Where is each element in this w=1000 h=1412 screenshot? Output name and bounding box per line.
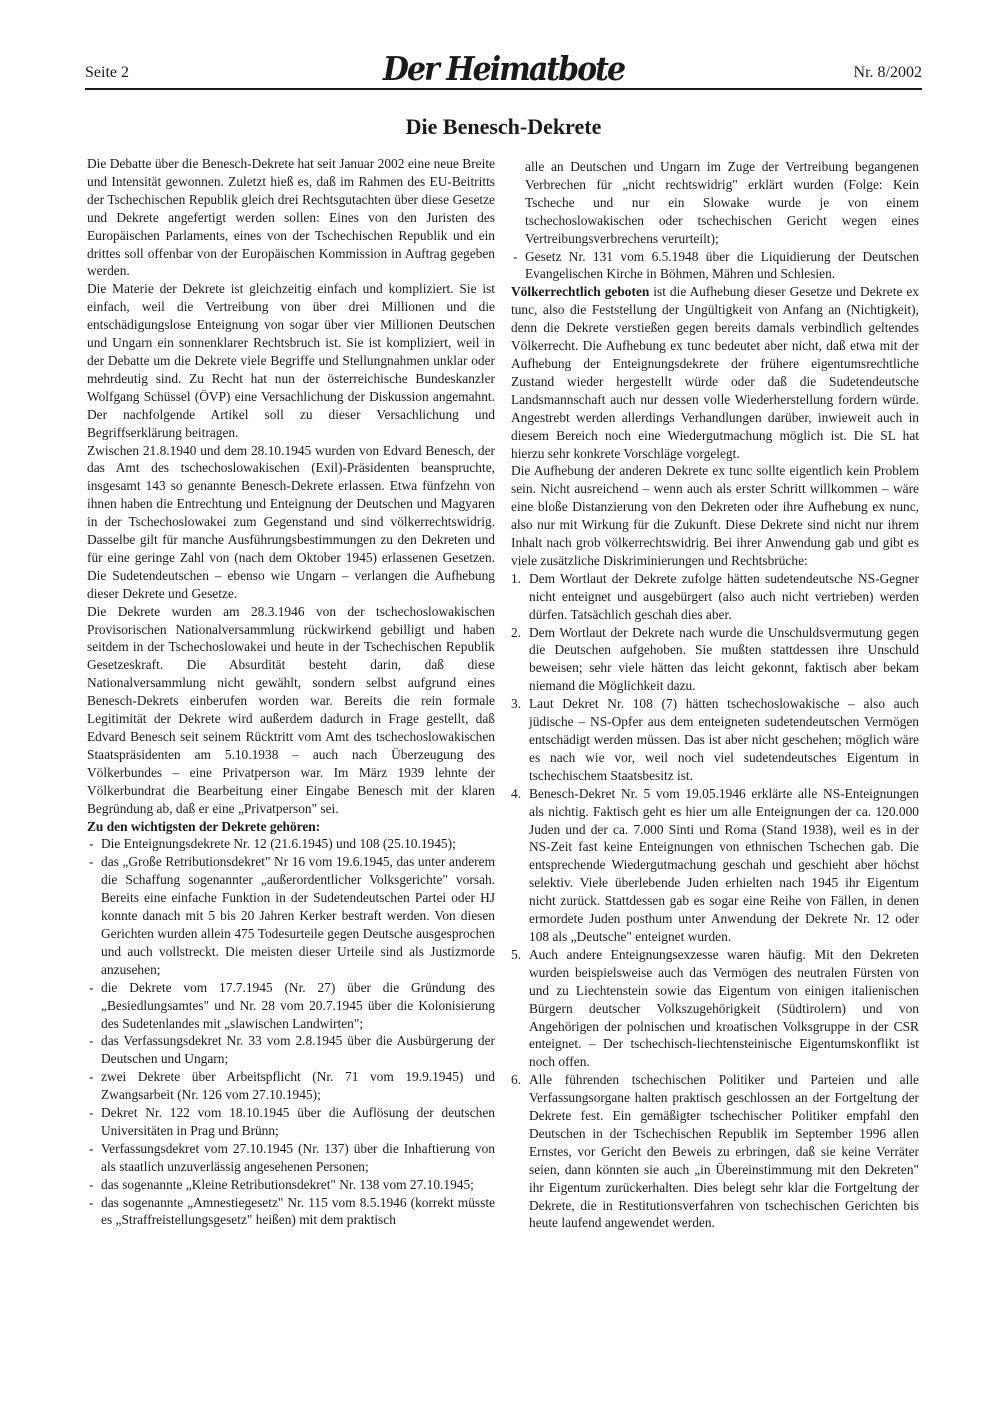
list-item: das „Große Retributionsdekret" Nr 16 vom… [87,853,495,978]
list-item: Gesetz Nr. 131 vom 6.5.1948 über die Liq… [511,248,919,284]
paragraph: Völkerrechtlich geboten ist die Aufhebun… [511,283,919,462]
page-header: Seite 2 Der Heimatbote Nr. 8/2002 [85,58,922,88]
list-item: Dekret Nr. 122 vom 18.10.1945 über die A… [87,1104,495,1140]
decree-list: Die Enteignungsdekrete Nr. 12 (21.6.1945… [87,835,495,1229]
right-column: alle an Deutschen und Ungarn im Zuge der… [511,158,919,1232]
paragraph: Die Aufhebung der anderen Dekrete ex tun… [511,462,919,569]
item-text: Alle führenden tschechischen Politiker u… [529,1072,919,1230]
numbered-item: 2.Dem Wortlaut der Dekrete nach wurde di… [511,624,919,696]
numbered-item: 3.Laut Dekret Nr. 108 (7) hätten tschech… [511,695,919,785]
item-text: Dem Wortlaut der Dekrete nach wurde die … [529,625,919,694]
masthead-logo: Der Heimatbote [85,50,922,89]
decree-list-continued: alle an Deutschen und Ungarn im Zuge der… [511,158,919,283]
list-item: das sogenannte „Amnestiegesetz" Nr. 115 … [87,1194,495,1230]
header-rule [85,88,922,90]
paragraph: Zwischen 21.8.1940 und dem 28.10.1945 wu… [87,442,495,603]
list-item: Verfassungsdekret vom 27.10.1945 (Nr. 13… [87,1140,495,1176]
article-title: Die Benesch-Dekrete [85,114,922,140]
list-item: die Dekrete vom 17.7.1945 (Nr. 27) über … [87,979,495,1033]
list-item: zwei Dekrete über Arbeitspflicht (Nr. 71… [87,1068,495,1104]
paragraph-text: ist die Aufhebung dieser Gesetze und Dek… [511,284,919,460]
list-item: Die Enteignungsdekrete Nr. 12 (21.6.1945… [87,835,495,853]
item-number: 2. [511,624,521,642]
item-text: Benesch-Dekret Nr. 5 vom 19.05.1946 erkl… [529,786,919,944]
issue-number: Nr. 8/2002 [854,64,922,82]
numbered-item: 1.Dem Wortlaut der Dekrete zufolge hätte… [511,570,919,624]
item-number: 5. [511,946,521,964]
numbered-item: 6.Alle führenden tschechischen Politiker… [511,1071,919,1232]
paragraph: Die Dekrete wurden am 28.3.1946 von der … [87,603,495,818]
item-number: 1. [511,570,521,588]
list-item: das Verfassungsdekret Nr. 33 vom 2.8.194… [87,1032,495,1068]
left-column: Die Debatte über die Benesch-Dekrete hat… [87,155,495,1229]
paragraph: Die Materie der Dekrete ist gleichzeitig… [87,280,495,441]
list-item: das sogenannte „Kleine Retributionsdekre… [87,1176,495,1194]
numbered-item: 4.Benesch-Dekret Nr. 5 vom 19.05.1946 er… [511,785,919,946]
item-number: 3. [511,695,521,713]
list-item: alle an Deutschen und Ungarn im Zuge der… [511,158,919,248]
item-number: 4. [511,785,521,803]
item-number: 6. [511,1071,521,1089]
list-heading: Zu den wichtigsten der Dekrete gehören: [87,818,495,836]
item-text: Laut Dekret Nr. 108 (7) hätten tschechos… [529,696,919,783]
numbered-item: 5.Auch andere Enteignungsexzesse waren h… [511,946,919,1071]
paragraph: Die Debatte über die Benesch-Dekrete hat… [87,155,495,280]
item-text: Dem Wortlaut der Dekrete zufolge hätten … [529,571,919,622]
item-text: Auch andere Enteignungsexzesse waren häu… [529,947,919,1069]
bold-lead: Völkerrechtlich geboten [511,284,649,299]
numbered-list: 1.Dem Wortlaut der Dekrete zufolge hätte… [511,570,919,1233]
